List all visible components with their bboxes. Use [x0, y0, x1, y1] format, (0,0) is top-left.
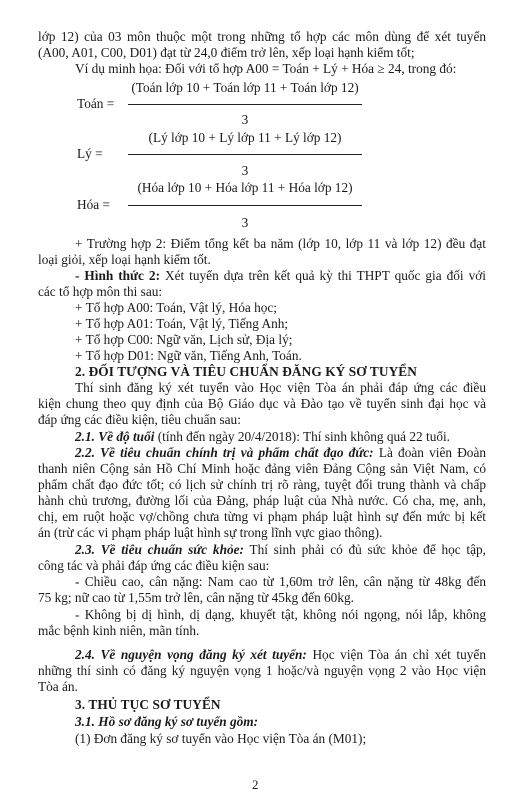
combo-a01: + Tổ hợp A01: Toán, Vật lý, Tiếng Anh; [75, 316, 486, 332]
page-number: 2 [252, 777, 259, 793]
section-2-2-line-3: phẩm chất đạo đức tốt; có lịch sử chính … [38, 477, 486, 493]
section-2-2-line-6: án (trừ các vi phạm pháp luật hình sự tr… [38, 525, 486, 541]
section-2-4-line-3: Tòa án. [38, 679, 486, 695]
section-2-1: 2.1. Về độ tuổi (tính đến ngày 20/4/2018… [75, 429, 486, 445]
section-3-heading: 3. THỦ TỤC SƠ TUYỂN [75, 697, 486, 713]
fraction-bar [128, 154, 362, 155]
section-2-2-line-1: 2.2. Về tiêu chuẩn chính trị và phẩm chấ… [75, 445, 486, 461]
formula-denominator: 3 [128, 215, 362, 231]
combo-a00: + Tổ hợp A00: Toán, Vật lý, Hóa học; [75, 300, 486, 316]
formula-label: Hóa = [77, 197, 110, 213]
case2-line-1: + Trường hợp 2: Điểm tổng kết ba năm (lớ… [75, 236, 486, 252]
section-2-intro-2: kiện chung theo quy định của Bộ Giáo dục… [38, 396, 486, 412]
fraction-bar [128, 205, 362, 206]
section-2-2-line-2: thanh niên Cộng sản Hồ Chí Minh hoặc đản… [38, 461, 486, 477]
formula-denominator: 3 [128, 163, 362, 179]
document-page: lớp 12) của 03 môn thuộc một trong những… [0, 0, 524, 806]
disability-line-2: mắc bệnh kinh niên, mãn tính. [38, 623, 486, 639]
formula-numerator: (Lý lớp 10 + Lý lớp 11 + Lý lớp 12) [128, 130, 362, 146]
section-2-4-line-2: những thí sinh có đăng ký nguyện vọng 1 … [38, 663, 486, 679]
example-line: Ví dụ minh họa: Đối với tổ hợp A00 = Toá… [75, 61, 486, 77]
section-2-4-label: 2.4. Về nguyện vọng đăng ký xét tuyển: [75, 647, 307, 662]
method2-line-2: các tổ hợp môn thi sau: [38, 284, 486, 300]
formula-denominator: 3 [128, 112, 362, 128]
method2-line-1: - Hình thức 2: Xét tuyển dựa trên kết qu… [75, 268, 486, 284]
section-2-2-label: 2.2. Về tiêu chuẩn chính trị và phẩm chấ… [75, 445, 374, 460]
formula-label: Lý = [77, 146, 103, 162]
formula-numerator: (Hóa lớp 10 + Hóa lớp 11 + Hóa lớp 12) [128, 180, 362, 196]
combo-c00: + Tổ hợp C00: Ngữ văn, Lịch sử, Địa lý; [75, 332, 486, 348]
formula-label: Toán = [77, 96, 114, 112]
height-weight-line-2: 75 kg; nữ cao từ 1,55m trở lên, cân nặng… [38, 590, 486, 606]
section-3-1-item-1: (1) Đơn đăng ký sơ tuyển vào Học viện Tò… [75, 731, 486, 747]
section-3-1-heading: 3.1. Hồ sơ đăng ký sơ tuyển gồm: [75, 714, 486, 730]
section-2-3-line-1: 2.3. Về tiêu chuẩn sức khỏe: Thí sinh ph… [75, 542, 486, 558]
case2-line-2: loại giỏi, xếp loại hạnh kiểm tốt. [38, 252, 486, 268]
height-weight-line-1: - Chiều cao, cân nặng: Nam cao từ 1,60m … [75, 574, 486, 590]
section-2-heading: 2. ĐỐI TƯỢNG VÀ TIÊU CHUẨN ĐĂNG KÝ SƠ TU… [75, 364, 486, 380]
section-2-1-label: 2.1. Về độ tuổi [75, 429, 154, 444]
section-2-2-line-5: chị, em ruột hoặc vợ/chồng chưa từng vi … [38, 509, 486, 525]
section-2-4-line-1: 2.4. Về nguyện vọng đăng ký xét tuyển: H… [75, 647, 486, 663]
fraction-bar [128, 104, 362, 105]
section-2-intro-1: Thí sinh đăng ký xét tuyển vào Học viện … [75, 380, 486, 396]
section-2-3-line-2: công tác và phải đáp ứng các điều kiện s… [38, 558, 486, 574]
intro-line-2: (A00, A01, C00, D01) đạt từ 24,0 điểm tr… [38, 45, 486, 61]
section-2-3-label: 2.3. Về tiêu chuẩn sức khỏe: [75, 542, 244, 557]
intro-line-1: lớp 12) của 03 môn thuộc một trong những… [38, 29, 486, 45]
combo-d01: + Tổ hợp D01: Ngữ văn, Tiếng Anh, Toán. [75, 348, 486, 364]
disability-line-1: - Không bị dị hình, dị dạng, khuyết tật,… [75, 607, 486, 623]
section-2-2-line-4: hành chủ trương, đường lối của Đảng, phá… [38, 493, 486, 509]
section-2-intro-3: đáp ứng các điều kiện, tiêu chuẩn sau: [38, 412, 486, 428]
method2-label: - Hình thức 2: [75, 268, 160, 283]
formula-numerator: (Toán lớp 10 + Toán lớp 11 + Toán lớp 12… [128, 80, 362, 96]
